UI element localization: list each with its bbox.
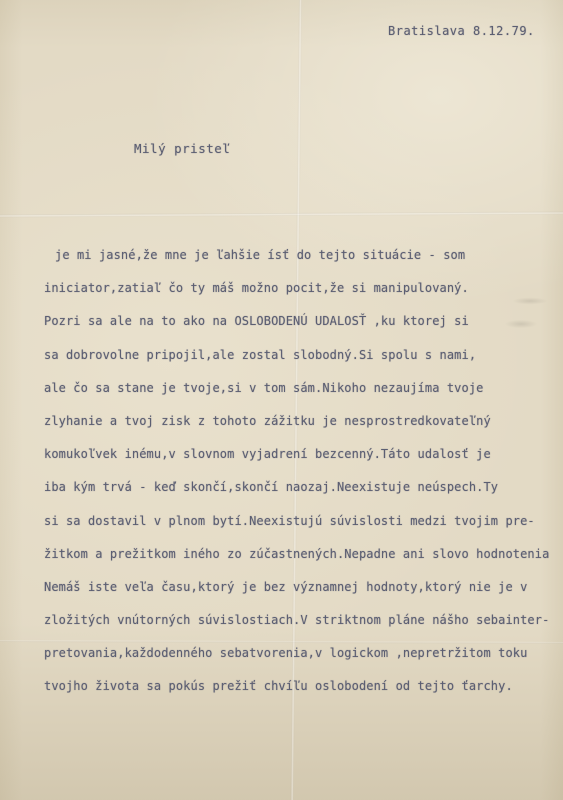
letter-body-line: je mi jasné,že mne je ľahšie ísť do tejt…: [44, 245, 549, 278]
letter-body-line: Nemáš iste veľa času,ktorý je bez význam…: [44, 577, 549, 610]
letter-body-line: tvojho života sa pokús prežiť chvíľu osl…: [44, 676, 549, 709]
letter-body: je mi jasné,že mne je ľahšie ísť do tejt…: [44, 245, 549, 710]
letter-body-line: Pozri sa ale na to ako na OSLOBODENÚ UDA…: [44, 311, 549, 344]
letter-body-line: zlyhanie a tvoj zisk z tohoto zážitku je…: [44, 411, 549, 444]
letter-page: Bratislava 8.12.79. Milý pristeľ je mi j…: [0, 0, 563, 800]
horizontal-fold-crease-top: [0, 212, 563, 218]
letter-body-line: si sa dostavil v plnom bytí.Neexistujú s…: [44, 511, 549, 544]
letter-body-line: zložitých vnútorných súvislostiach.V str…: [44, 610, 549, 643]
letter-body-line: sa dobrovolne pripojil,ale zostal slobod…: [44, 345, 549, 378]
letter-body-line: pretovania,každodenného sebatvorenia,v l…: [44, 643, 549, 676]
letter-body-line: ale čo sa stane je tvoje,si v tom sám.Ni…: [44, 378, 549, 411]
letter-salutation: Milý pristeľ: [134, 141, 230, 156]
letter-body-line: žitkom a prežitkom iného zo zúčastnených…: [44, 544, 549, 577]
letter-body-line: iniciator,zatiaľ čo ty máš možno pocit,ž…: [44, 278, 549, 311]
letter-date: Bratislava 8.12.79.: [388, 24, 535, 38]
letter-body-line: komukoľvek inému,v slovnom vyjadrení bez…: [44, 444, 549, 477]
letter-body-line: iba kým trvá - keď skončí,skončí naozaj.…: [44, 477, 549, 510]
